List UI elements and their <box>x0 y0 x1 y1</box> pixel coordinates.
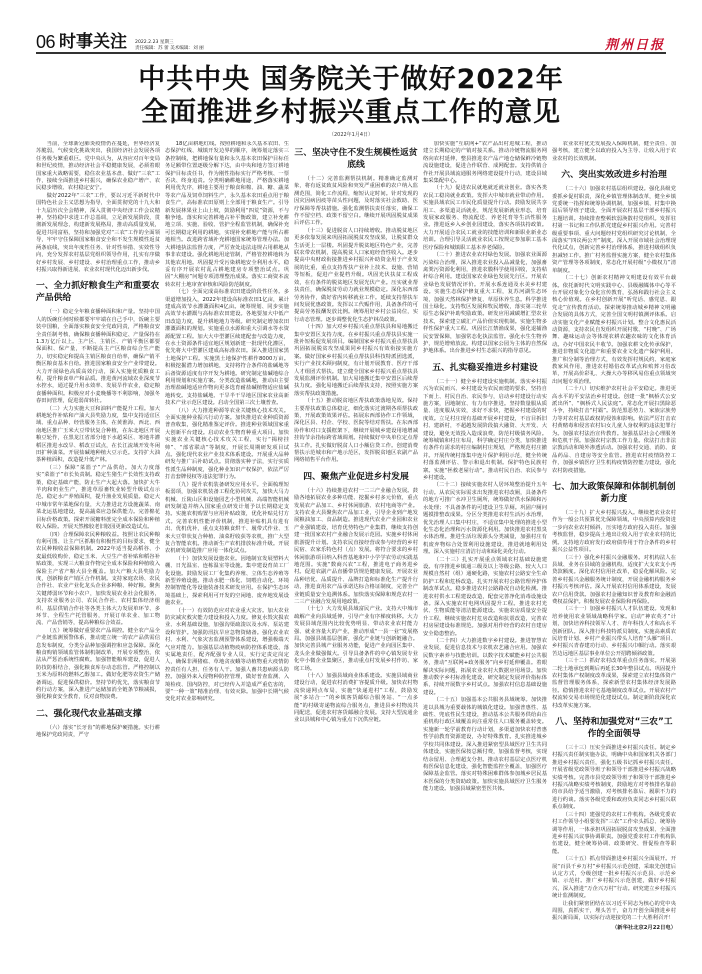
section-name: 时事关注 <box>59 33 127 51</box>
article-paragraph: （七）全面完成高标准农田建设阶段性任务。多渠道增加投入，2022年建设高标准农田… <box>165 289 289 408</box>
article-paragraph: （十）加快发展设施农业。因地制宜发展塑料大棚、日光温室、连栋温室等设施。集中建设… <box>165 556 289 608</box>
article-paragraph: （二十四）大力推进数字乡村建设。推进智慧农业发展，促进信息技术与农机农艺融合应用… <box>423 638 547 697</box>
article-paragraph: 让我们紧密团结在以习近平同志为核心的党中央周围，真抓实干，埋头苦干，奋力开创全面… <box>552 901 676 923</box>
article-paragraph: （三）保障“菜篮子”产品供给。加大力度落实“菜篮子”市长负责制。稳定生猪生产长效… <box>36 465 160 532</box>
article-paragraph: 农业农村优先发展投入保障机制，健全责任、加强考核，建立健全以政府投入为主导、让收… <box>552 141 676 163</box>
article-paragraph: （二十九）扩大乡村振兴投入。继续把农业农村作为一般公共预算优先保障领域，中央预算… <box>552 510 676 554</box>
article-paragraph: （九）提升农机装备研发应用水平。全面梳理短板弱项，加强农机装备工程化协同攻关，加… <box>165 482 289 556</box>
editor-credits: 责任编辑：苏 蕾 美术编辑：刘 丽 <box>135 46 204 52</box>
header-rule <box>36 52 666 54</box>
article-paragraph: （三十二）抓好农村改革重点任务落实。开展第二轮土地承包到期后再延长30年整县试点… <box>552 658 676 710</box>
article-title-line-2: 全面推进乡村振兴重点工作的意见 <box>0 97 702 129</box>
article-paragraph: （八）大力推进种源等农业关键核心技术攻关。全面实施种业振兴行动方案。加快推进农业… <box>165 408 289 482</box>
article-paragraph: （四）合理保障农民种粮收益。按照让农民种粮有利可图、让主产区抓粮有积极性的目标要… <box>36 532 160 628</box>
article-paragraph: （二十六）加强农村基层组织建设。强化县级党委抓乡促村职责，深化乡镇管理体制改革，… <box>552 186 676 275</box>
article-paragraph: （二十三）扎实开展重点领域农村基础设施建设。有序推进乡镇通三级及以上等级公路、较… <box>423 557 547 638</box>
article-column-2: 18亿亩耕地红线。按照耕地和永久基本农田、生态保护红线、城镇开发边界的顺序，统筹… <box>165 141 289 967</box>
page-masthead: 06 时事关注 2022.2.23 星期三 责任编辑：苏 蕾 美术编辑：刘 丽 <box>36 33 204 51</box>
article-paragraph: （二十二）接续实施农村人居环境整治提升五年行动。从农民实际需求出发推进农村改厕，… <box>423 482 547 556</box>
article-paragraph: （二）大力实施大豆和油料产能提升工程。加大耕地轮作补贴和产油大县奖励力度，集中支… <box>36 406 160 465</box>
article-paragraph: （十七）大力发展县域富民产业。支持大中城市疏解产业向县域延伸，引导产业有序梯度转… <box>294 606 418 673</box>
section-heading: 七、加大政策保障和体制机制创新力度 <box>552 481 676 505</box>
article-dateline: （2022年1月4日） <box>0 131 702 138</box>
section-heading: 八、坚持和加强党对“三农”工作的全面领导 <box>552 716 676 740</box>
section-heading: 四、聚焦产业促进乡村发展 <box>294 471 418 483</box>
article-paragraph: （十一）有效防范应对农业重大灾害。加大农业防灾减灾救灾能力建设和投入力度。修复水… <box>165 608 289 704</box>
newspaper-logo: 荆州日报 <box>605 34 665 53</box>
article-paragraph: （二十七）创新农村精神文明建设有效平台载体。依托新时代文明实践中心、县级融媒体中… <box>552 275 676 386</box>
section-heading: 六、突出实效改进乡村治理 <box>552 169 676 181</box>
article-title-line-1: 中共中央 国务院关于做好2022年 <box>0 64 702 96</box>
article-paragraph: （十九）促进农民就地就近就业创业。落实各类农民工稳岗就业政策。发挥大中城市就业带… <box>423 185 547 252</box>
article-column-4: 加快实施“互联网+”农产品出村进城工程，推动建立长期稳定的产销对接关系。推动冷链… <box>423 141 547 967</box>
article-paragraph: （十三）促进脱贫人口持续增收。推动脱贫地区更多依靠发展来巩固拓展脱贫攻坚成果，让… <box>294 228 418 324</box>
article-paragraph: （三十五）抓点带面推进乡村振兴全面展开。开展“百县千乡万村”乡村振兴示范创建，采… <box>552 856 676 900</box>
article-paragraph: （三十三）压实全面推进乡村振兴责任。制定乡村振兴责任制实施办法，明确中央和国家机… <box>552 745 676 812</box>
section-heading: 三、坚决守住不发生规模性返贫底线 <box>294 147 418 171</box>
article-paragraph: （十二）完善监测帮扶机制。精准确定监测对象，将有返贫致贫风险和突发严重困难的农户… <box>294 176 418 228</box>
section-heading: 二、强化现代农业基础支撑 <box>36 708 160 720</box>
article-paragraph: （十八）加强县域商业体系建设。实施县域商业建设行动，促进农村消费扩容提质升级。加… <box>294 673 418 725</box>
section-heading: 一、全力抓好粮食生产和重要农产品供给 <box>36 280 160 304</box>
article-paragraph: （五）统筹做好重要农产品调控。健全农产品全产业链监测预警体系，推动建立统一的农产… <box>36 628 160 702</box>
article-paragraph: 当前，全球新冠肺炎疫情仍在蔓延，世界经济复苏脆弱，气候变化挑战突出，我国经济社会… <box>36 141 160 193</box>
article-paragraph: （三十一）加强乡村振兴人才队伍建设。发现和培养使用农业领域战略科学家。启动“神农… <box>552 606 676 658</box>
article-column-3: 三、坚决守住不发生规模性返贫底线（十二）完善监测帮扶机制。精准确定监测对象，将有… <box>294 141 418 967</box>
article-column-1: 当前，全球新冠肺炎疫情仍在蔓延，世界经济复苏脆弱，气候变化挑战突出，我国经济社会… <box>36 141 160 967</box>
article-paragraph: （二十）推进农业农村绿色发展。加强农业面源污染综合治理，深入推进农业投入品减量化… <box>423 252 547 356</box>
article-paragraph: （十四）加大对乡村振兴重点帮扶县和易地搬迁集中安置区支持力度。在乡村振兴重点帮扶… <box>294 324 418 398</box>
article-paragraph: 做好2022年“三农”工作，要以习近平新时代中国特色社会主义思想为指导，全面贯彻… <box>36 193 160 274</box>
article-signoff: （新华社北京2月22日电） <box>552 925 676 932</box>
article-paragraph: （一）稳定全年粮食播种面积和产量。坚持中国人的饭碗任何时候都要牢牢端在自己手中，… <box>36 309 160 405</box>
article-paragraph: （十五）推动脱贫地区帮扶政策落地见效。保持主要帮扶政策总体稳定，细化落实过渡期各… <box>294 398 418 465</box>
issue-meta: 2022.2.23 星期三 责任编辑：苏 蕾 美术编辑：刘 丽 <box>135 37 204 51</box>
article-paragraph: 18亿亩耕地红线。按照耕地和永久基本农田、生态保护红线、城镇开发边界的顺序，统筹… <box>165 141 289 289</box>
section-heading: 五、扎实稳妥推进乡村建设 <box>423 362 547 374</box>
article-paragraph: （六）落实“长牙齿”的耕地保护硬措施。实行耕地保护党政同责，严守 <box>36 725 160 740</box>
article-column-5: 农业农村优先发展投入保障机制，健全责任、加强考核，建立健全以政府投入为主导、让收… <box>552 141 676 967</box>
article-paragraph: （二十五）加强基本公共服务县域统筹。加快推进以县城为重要载体的城镇化建设。加强普… <box>423 697 547 793</box>
article-paragraph: （二十一）健全乡村建设实施机制。落实乡村振兴为农民而兴、乡村建设为农民而建的要求… <box>423 379 547 483</box>
article-paragraph: （三十四）建强党的农村工作机构。各级党委农村工作领导小组要发挥“三农”工作牵头抓… <box>552 812 676 856</box>
page-number: 06 <box>36 33 55 51</box>
article-paragraph: （三十）强化乡村振兴金融服务。对机构法人在县域、业务在县域的金融机构，适度扩大支… <box>552 555 676 607</box>
article-paragraph: 加快实施“互联网+”农产品出村进城工程，推动建立长期稳定的产销对接关系。推动冷链… <box>423 141 547 185</box>
article-paragraph: （十六）持续推进农村一二三产业融合发展。鼓励各地拓展农业多种功能、挖掘乡村多元价… <box>294 488 418 607</box>
article-paragraph: （二十八）切实维护农村社会平安稳定。推进更高水平的平安法治乡村建设。创建一批“枫… <box>552 386 676 475</box>
